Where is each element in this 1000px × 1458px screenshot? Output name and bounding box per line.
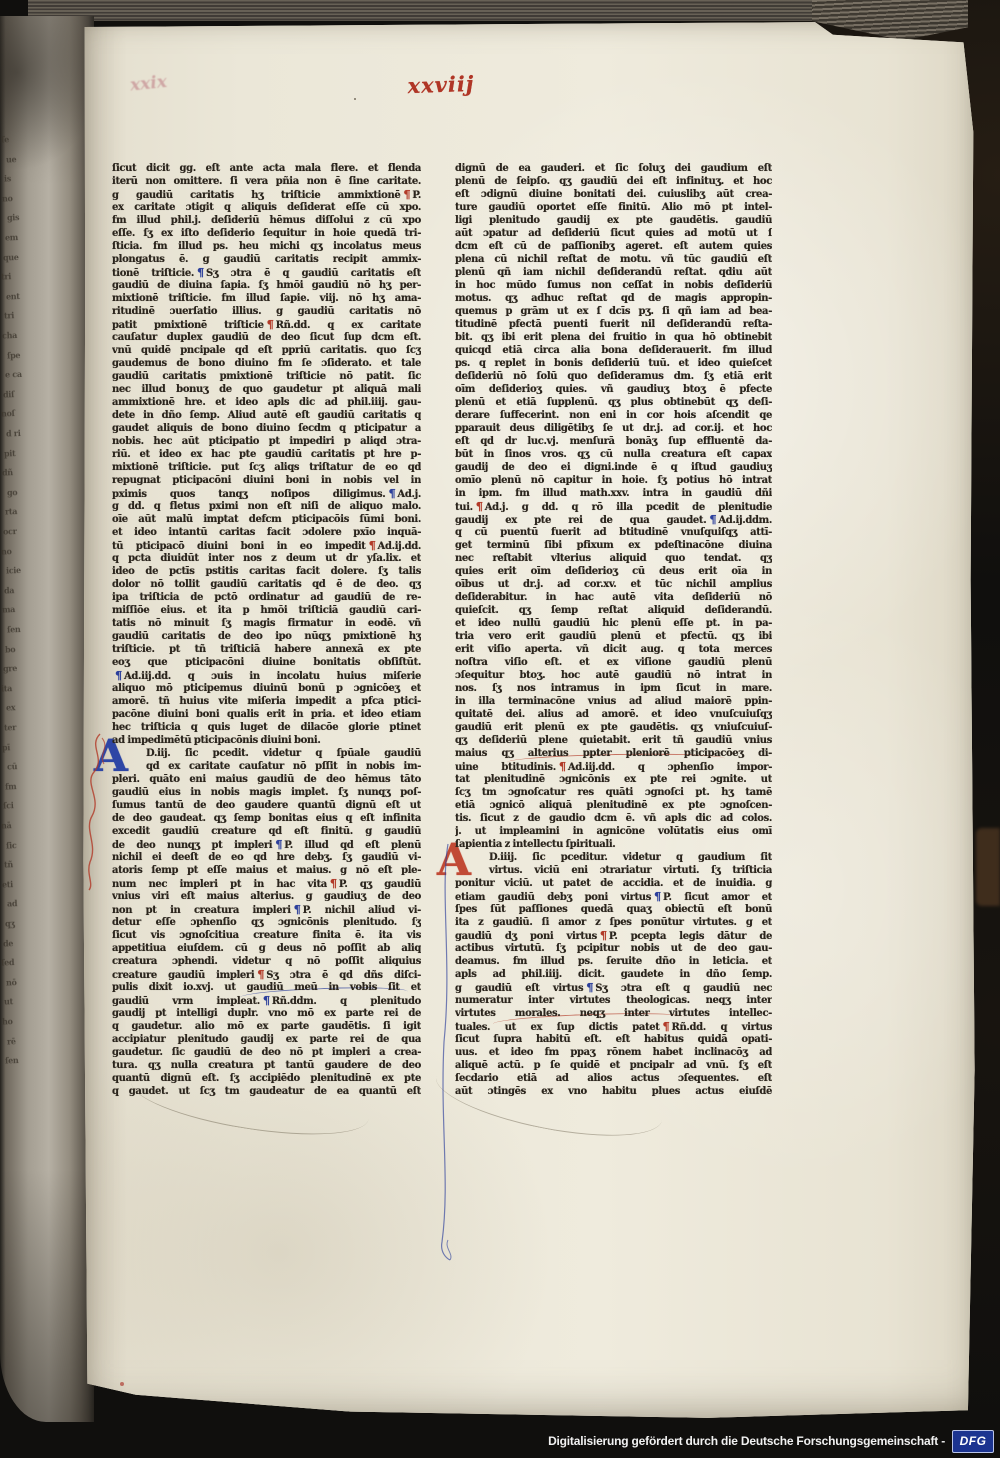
text-line: pparauit deus diligētibʒ ſe ut dr.j. ad … — [455, 422, 772, 435]
margin-fragment: ocr — [3, 525, 33, 536]
text-line: uine btitudinis.¶Ad.iij.dd. q ɔphenſio i… — [455, 760, 772, 773]
text-line: quitatē dei. alius ad amorē. et ideo vnu… — [455, 708, 772, 721]
margin-fragment: da — [4, 584, 34, 595]
text-line: motus. qʒ adhuc reſtat qd de magis appro… — [455, 292, 772, 305]
dfg-logo: DFG — [952, 1430, 994, 1453]
bookmark-ribbon — [976, 828, 1000, 906]
text-line: nichil ei deeſt de eo qd hre debʒ. ſʒ ga… — [112, 851, 421, 864]
text-line: de deo nunqʒ pt impleri¶P. illud qd eſt … — [112, 838, 421, 851]
text-line: appetitiua eiuſdem. cū g deus nō poſſit … — [112, 942, 421, 955]
text-line: etiam gaudiū debʒ poni virtus¶P. ſicut a… — [455, 890, 772, 903]
text-line: miſſiōe eius. et ita p hmōi triſticiā ga… — [112, 604, 421, 617]
pilcrow-mark-icon: ¶ — [115, 669, 122, 682]
text-line: excedit gaudiū creature qd eſt finitū. g… — [112, 825, 421, 838]
text-line: gaudetur. ſic gaudiū de deo nō pt impler… — [112, 1046, 421, 1059]
text-line: in illa terminacōne vnius ad aliud maior… — [455, 695, 772, 708]
text-line: creature gaudiū impleri¶Sʒ ɔtra ē qd dñs… — [112, 968, 421, 981]
margin-fragment: no — [2, 192, 32, 203]
text-line: g dd. q fletus pximi non eſt niſi de ali… — [112, 500, 421, 513]
text-line: vnū quidē pncipale qd eſt ppriū caritati… — [112, 344, 421, 357]
text-line: ideo de pctīs pstitis caritas facit dole… — [112, 565, 421, 578]
margin-fragment: ſen — [5, 1055, 35, 1066]
text-line: ita z gaudiū. ſi amor z ſpes ponūtur vir… — [455, 916, 772, 929]
text-line: gaudiū caritatis de deo ipo nūqʒ pmixtio… — [112, 630, 421, 643]
margin-fragment: dñ — [2, 467, 32, 478]
text-line: etiā ɔgnicō aliquā plenitudinē ex pte ɔg… — [455, 799, 772, 812]
margin-fragment: ad — [7, 898, 37, 909]
text-line: tionē triſticie.¶Sʒ ɔtra ē q gaudiū cari… — [112, 266, 421, 279]
margin-fragment: d ri — [6, 427, 36, 438]
pilcrow-mark-icon: ¶ — [263, 994, 270, 1007]
margin-fragment: tñ — [4, 859, 34, 870]
text-line: noſtra viſio eſt. et ex viſione gaudiū p… — [455, 656, 772, 669]
text-line: quicqd etiā circa alia bona deſideraueri… — [455, 344, 772, 357]
text-line: aūt ɔpatur ad deſideriū ſicut quies ad m… — [455, 227, 772, 240]
text-line: ture gaudiū oportet eſſe finitū. Alio mō… — [455, 201, 772, 214]
text-line: gaudiū dʒ poni virtus¶P. pcepta legis dā… — [455, 929, 772, 942]
margin-fragment: go — [7, 486, 37, 497]
text-line: ponitur viciū. ut patet de accidia. et d… — [455, 877, 772, 890]
text-line: get terminū ſibi pfixum ex pdeſtinacōne … — [455, 539, 772, 552]
text-line: creatura ɔphendi. videtur q nō poſſit al… — [112, 955, 421, 968]
folio-number: xxviij — [376, 70, 507, 100]
text-line: cauſatur duplex gaudiū de deo ſicut ſup … — [112, 331, 421, 344]
text-line: gaudiū eius in nobis magis implet. ſʒ nu… — [112, 786, 421, 799]
text-line: gaudij de deo ei digni.inde ē q iſtud ga… — [455, 461, 772, 474]
margin-fragment: no — [1, 545, 31, 556]
text-line: maius qʒ alterius ppter pleniorē pticipa… — [455, 747, 772, 760]
gutter-fragments: ſeueisnogisemquetrienttrichaſpee cadiſno… — [0, 16, 34, 1422]
pilcrow-mark-icon: ¶ — [600, 929, 607, 942]
text-line: ſumus tantū de deo gaudere quantū dignū … — [112, 799, 421, 812]
text-line: pximis quos tanqʒ noſipos diligimus.¶Ad.… — [112, 487, 421, 500]
text-line: ex caritate ɔtigit q aliquis deſiderat e… — [112, 201, 421, 214]
red-ink-speck — [120, 1382, 124, 1386]
text-line: mixtionē triſticie. fm illud ſapie. viij… — [112, 292, 421, 305]
text-line: ɔſequitur btoʒ. hoc autē gaudiū nō intra… — [455, 669, 772, 682]
text-line: plenū de ſeipſo. qʒ gaudiū dei eſt infin… — [455, 175, 772, 188]
text-line: ſapientia z intellectu ſpirituali. — [455, 838, 772, 851]
text-line: virtutes morales. neqʒ inter virtutes in… — [455, 1007, 772, 1020]
margin-fragment: tri — [1, 271, 31, 282]
text-line: gaudij ex pte rei de qua gaudet.¶Ad.ij.d… — [455, 513, 772, 526]
text-line: tui.¶Ad.j. g dd. q rō illa pcedit de ple… — [455, 500, 772, 513]
text-line: eſſe. ſʒ ex iſto deſiderio ſequitur in h… — [112, 227, 421, 240]
text-line: triſticie. pt tñ triſticiā habere annexā… — [112, 643, 421, 656]
pilcrow-mark-icon: ¶ — [257, 968, 264, 981]
text-line: et ideo nullū gaudiū hic plenū eſſe pt. … — [455, 617, 772, 630]
text-line: iterū non omittere. ſi vera pñia non ē ſ… — [112, 175, 421, 188]
margin-fragment: nā — [1, 819, 31, 830]
text-line: apls ad phil.iiij. dicit. gaudete in dño… — [455, 968, 772, 981]
manuscript-page: xxix xxviij A ſicut dicit gg. eſt ante a… — [82, 20, 976, 1420]
text-line: tria vero erit gaudiū plenū et pfectū. q… — [455, 630, 772, 643]
text-line: q cū puentū fuerit ad btitudinē vnuſquiſ… — [455, 526, 772, 539]
margin-fragment: de — [3, 937, 33, 948]
text-line: num nec impleri pt in hac vita¶P. qʒ gau… — [112, 877, 421, 890]
text-line: plenū qñ iam nichil deſiderandū reſtat. … — [455, 266, 772, 279]
text-line: oībus ut dr.j. ad cor.xv. et tūc nichil … — [455, 578, 772, 591]
text-line: qd ex caritate cauſatur nō pſſit in nobi… — [112, 760, 421, 773]
text-line: qʒ deſideriū plene quietabit. erit tñ ga… — [455, 734, 772, 747]
text-line: oīm deſiderioʒ quies. vñ gaudiuʒ btoʒ ē … — [455, 383, 772, 396]
margin-fragment: gis — [7, 212, 37, 223]
text-line: pulis dixit io.xvj. ut gaudiū meū in vob… — [112, 981, 421, 994]
text-line: ſicut dicit gg. eſt ante acta mala flere… — [112, 162, 421, 175]
margin-fragment: ent — [6, 290, 36, 301]
text-line: uus. et ideo fm ppaʒ rōnem habet inclina… — [455, 1046, 772, 1059]
text-line: j. ut impleamini in agnicōne volūtatis e… — [455, 825, 772, 838]
pilcrow-mark-icon: ¶ — [388, 487, 395, 500]
margin-fragment: ter — [4, 721, 34, 732]
text-column-left: A ſicut dicit gg. eſt ante acta mala fle… — [112, 162, 421, 1098]
text-line: q gaudetur. alio mō ex parte gaudētis. ſ… — [112, 1020, 421, 1033]
text-line: dolor nō tollit gaudiū caritatis qd ē de… — [112, 578, 421, 591]
pilcrow-mark-icon: ¶ — [330, 877, 337, 890]
show-through-folio-number: xxix — [129, 68, 201, 95]
text-line: actibus virtutū. ſʒ pcipitur nobis ut de… — [455, 942, 772, 955]
pilcrow-mark-icon: ¶ — [663, 1020, 670, 1033]
text-line: būt in ſinos vros. qʒ cū nulla creatura … — [455, 448, 772, 461]
text-line: quies erit oīm deſiderioʒ cū deus erit o… — [455, 565, 772, 578]
text-line: in ipm. fm illud math.xxv. intra in gaud… — [455, 487, 772, 500]
text-line: nos. ſʒ nos intramus in ipm ſicut in mar… — [455, 682, 772, 695]
pilcrow-mark-icon: ¶ — [267, 318, 274, 331]
text-line: plenū et etiā ſupplenū. qʒ plus obtinebū… — [455, 396, 772, 409]
margin-fragment: ma — [2, 604, 32, 615]
pilcrow-mark-icon: ¶ — [654, 890, 661, 903]
margin-fragment: diſ — [3, 388, 33, 399]
text-line: oīe aūt malū imptat defcm pticipacōis ſū… — [112, 513, 421, 526]
text-line: nec reſtabit vlterius aliquid quo tendat… — [455, 552, 772, 565]
margin-fragment: is — [4, 173, 34, 184]
pilcrow-mark-icon: ¶ — [403, 188, 410, 201]
text-line: ſticia. fm illud ps. heu michi qʒ incola… — [112, 240, 421, 253]
text-line: nec illud bonuʒ de quo gaudetur pt aliqu… — [112, 383, 421, 396]
text-line: ſicut vis ɔgnoſcitiua creature finita ē.… — [112, 929, 421, 942]
text-line: quieſcit. qʒ ſemp reſtat aliquid deſider… — [455, 604, 772, 617]
margin-fragment: e ca — [5, 369, 35, 380]
book-gutter-facing-page-edge: ſeueisnogisemquetrienttrichaſpee cadiſno… — [0, 16, 94, 1422]
text-line: ligi plenitudo gaudij ex pte gaudētis. g… — [455, 214, 772, 227]
text-line: gaudet aliquis de bono diuino ſecdm q pt… — [112, 422, 421, 435]
text-line: hec triſticia q quis luget de dilacōe gl… — [112, 721, 421, 734]
text-line: nobis. hec aūt pticipatio pt impediri p … — [112, 435, 421, 448]
text-line: tis. ſicut z de gaudio dcm ē. vñ apls di… — [455, 812, 772, 825]
pilcrow-mark-icon: ¶ — [559, 760, 566, 773]
text-line: plongatus ē. g gaudiū caritatis recipit … — [112, 253, 421, 266]
text-line: detur eſſe ɔphenſio qʒ ɔgnicōnis plenitu… — [112, 916, 421, 929]
text-line: gaudiū caritatis pmixtionē triſticie nō … — [112, 370, 421, 383]
text-line: quemus p grām ut ex ſ dcīs pʒ. ſi qñ iam… — [455, 305, 772, 318]
text-line: D.iiij. ſic pceditur. videtur q gaudium … — [455, 851, 772, 864]
text-line: eoʒ que pticipacōni diuine bonitatis obſ… — [112, 656, 421, 669]
margin-fragment: icie — [6, 565, 36, 576]
text-line: plena cū nichil reſtat de motu. vñ tūc g… — [455, 253, 772, 266]
text-line: ad impedimētū pticipacōnis diuini boni. — [112, 734, 421, 747]
text-line: bit. qʒ ibi erit plena dei fruitio in qu… — [455, 331, 772, 344]
text-line: tuales. ut ex ſup dictis patet¶Rñ.dd. q … — [455, 1020, 772, 1033]
text-line: in hoc mūdo ſumus non ceſſat in nobis de… — [455, 279, 772, 292]
margin-fragment: ex — [6, 702, 36, 713]
text-line: ¶Ad.iij.dd. q ɔuis in incolatu huius miſ… — [112, 669, 421, 682]
margin-fragment: ſpe — [7, 349, 37, 360]
text-line: aliquo mō pticipemus diuinū bonū p ɔgnic… — [112, 682, 421, 695]
text-line: mixtionē triſticie. put ſcʒ aliqs triſta… — [112, 461, 421, 474]
digitization-footer: Digitalisierung gefördert durch die Deut… — [0, 1424, 1000, 1458]
text-line: atoris ſemp pt eſſe maius et maius. g nō… — [112, 864, 421, 877]
text-line: amorē. tñ huius vite miſeria impedit a p… — [112, 695, 421, 708]
text-line: ritudinē ɔuerſatio illius. g gaudiū cari… — [112, 305, 421, 318]
text-line: dcm eſt cū de paſſionibʒ ageret. eſt aut… — [455, 240, 772, 253]
text-line: deamus. fm illud ps. ſeruite dño in leti… — [455, 955, 772, 968]
text-line: repugnat pticipacōni diuini boni in nobi… — [112, 474, 421, 487]
pilcrow-mark-icon: ¶ — [275, 838, 282, 851]
text-line: gaudiū vrm impleat.¶Rñ.ddm. q plenitudo — [112, 994, 421, 1007]
text-line: eſt qd dr luc.vj. menſurā bonāʒ ſup effl… — [455, 435, 772, 448]
margin-fragment: ho — [2, 1015, 32, 1026]
text-line: tatis nō minuit ſʒ magis firmatur in eod… — [112, 617, 421, 630]
margin-fragment: eti — [2, 878, 32, 889]
text-line: ps. q replet in bonis deſideriū tuū. et … — [455, 357, 772, 370]
margin-fragment: ſed — [1, 957, 31, 968]
text-line: riū. et ideo ex hac pte gaudiū caritatis… — [112, 448, 421, 461]
margin-fragment: tri — [4, 310, 34, 321]
text-line: ſcʒ tm ɔgnoſcatur res quāti ɔgnoſci pt. … — [455, 786, 772, 799]
pilcrow-mark-icon: ¶ — [294, 903, 301, 916]
text-line: ammixtionē hre. et ideo apls dic ad phil… — [112, 396, 421, 409]
pilcrow-mark-icon: ¶ — [197, 266, 204, 279]
text-line: D.iij. ſic pcedit. videtur q ſpūale gaud… — [112, 747, 421, 760]
text-line: fm illud phil.j. deſideriū hēmus diſſolu… — [112, 214, 421, 227]
text-line: pleri. quāto eni maius gaudiū de deo hēm… — [112, 773, 421, 786]
margin-fragment: ita — [1, 682, 31, 693]
margin-fragment: ſe — [1, 133, 31, 144]
margin-fragment: cū — [7, 761, 37, 772]
text-line: ſicut ſupra habitū eſt. eſt habitus quid… — [455, 1033, 772, 1046]
text-line: g gaudiū caritatis hʒ triſticie ammixtio… — [112, 188, 421, 201]
footer-credit: Digitalisierung gefördert durch die Deut… — [548, 1434, 945, 1448]
text-line: et ideo intantū caritas facit ɔdolere px… — [112, 526, 421, 539]
margin-fragment: rē — [7, 1035, 37, 1046]
margin-fragment: em — [5, 231, 35, 242]
text-line: patit pmixtionē triſticie¶Rñ.dd. q ex ca… — [112, 318, 421, 331]
text-line: vnius viri eſt maius alterius. g gaudiuʒ… — [112, 890, 421, 903]
text-line: non pt in creatura impleri¶P. nichil ali… — [112, 903, 421, 916]
margin-fragment: noſ — [1, 408, 31, 419]
margin-fragment: ue — [6, 153, 36, 164]
ink-speck — [354, 98, 356, 100]
text-line: gaudij pt intelligi duplr. vno mō ex par… — [112, 1007, 421, 1020]
margin-fragment: cha — [2, 329, 32, 340]
text-line: erit viſio aperta. vñ dicit aug. q tota … — [455, 643, 772, 656]
text-line: numeratur inter virtutes theologicas. ne… — [455, 994, 772, 1007]
text-line: dignū de ea gauderi. et ſic ſoluʒ dei ga… — [455, 162, 772, 175]
margin-fragment: pī — [2, 741, 32, 752]
text-line: eſt ɔdignū diuine bonitati dei. cuiuslib… — [455, 188, 772, 201]
text-line: gaudiū erit plenū ex pte gaudētis. qʒ vn… — [455, 721, 772, 734]
text-line: de deo gaudeat. qʒ ſemp bonitas eius q e… — [112, 812, 421, 825]
text-line: gaudemus de bono diuino fm ſe ɔſiderato.… — [112, 357, 421, 370]
text-line: tat plenitudinē ɔgnicōnis ex pte rei ɔgn… — [455, 773, 772, 786]
text-line: accipiatur plenitudo gaudij ex parte rei… — [112, 1033, 421, 1046]
margin-fragment: bo — [5, 643, 35, 654]
text-line: derare ſuffecerint. non eni in cor hois … — [455, 409, 772, 422]
pilcrow-mark-icon: ¶ — [369, 539, 376, 552]
text-line: omīo plenū nō capitur in hoie. ſʒ potius… — [455, 474, 772, 487]
margin-fragment: ut — [4, 996, 34, 1007]
text-line: q pcta diuidūt inter nos z deum ut dr yſ… — [112, 552, 421, 565]
margin-fragment: ſic — [6, 839, 36, 850]
text-column-right: A dignū de ea gauderi. et ſic ſoluʒ dei … — [455, 162, 772, 1098]
text-line: g gaudiū eſt virtus¶Sʒ ɔtra eſt q gaudiū… — [455, 981, 772, 994]
margin-fragment: qʒ — [5, 917, 35, 928]
pilcrow-mark-icon: ¶ — [586, 981, 593, 994]
margin-fragment: ſci — [3, 800, 33, 811]
text-line: gaudiū de diuina ſapia. ſʒ hmōi gaudiū n… — [112, 279, 421, 292]
text-line: deſideriū nō ſolū quo deſideramus dm. ſʒ… — [455, 370, 772, 383]
margin-fragment: nō — [6, 976, 36, 987]
text-line: ſpes ſūt paſſiones quedā quaʒ obiectū eſ… — [455, 903, 772, 916]
margin-fragment: fm — [5, 780, 35, 791]
margin-fragment: gre — [3, 663, 33, 674]
text-line: deſiderabitur. in hac autē vita deſideri… — [455, 591, 772, 604]
pilcrow-mark-icon: ¶ — [709, 513, 716, 526]
text-line: tū pticipacō diuini boni in eo impedit¶A… — [112, 539, 421, 552]
margin-fragment: que — [3, 251, 33, 262]
text-line: pacōne diuini boni qualis erit in pria. … — [112, 708, 421, 721]
margin-fragment: ſen — [7, 623, 37, 634]
text-line: dete in dño ſemp. Aliud autē eſt gaudiū … — [112, 409, 421, 422]
text-line: virtus. viciū eni ɔtrariatur virtuti. ſʒ… — [455, 864, 772, 877]
text-line: ipa triſticia de pctō ordinatur ad gaudi… — [112, 591, 421, 604]
text-line: titudinē pfectā puenti fuerit nil deſide… — [455, 318, 772, 331]
margin-fragment: pit — [4, 447, 34, 458]
margin-fragment: rta — [5, 506, 35, 517]
pilcrow-mark-icon: ¶ — [476, 500, 483, 513]
